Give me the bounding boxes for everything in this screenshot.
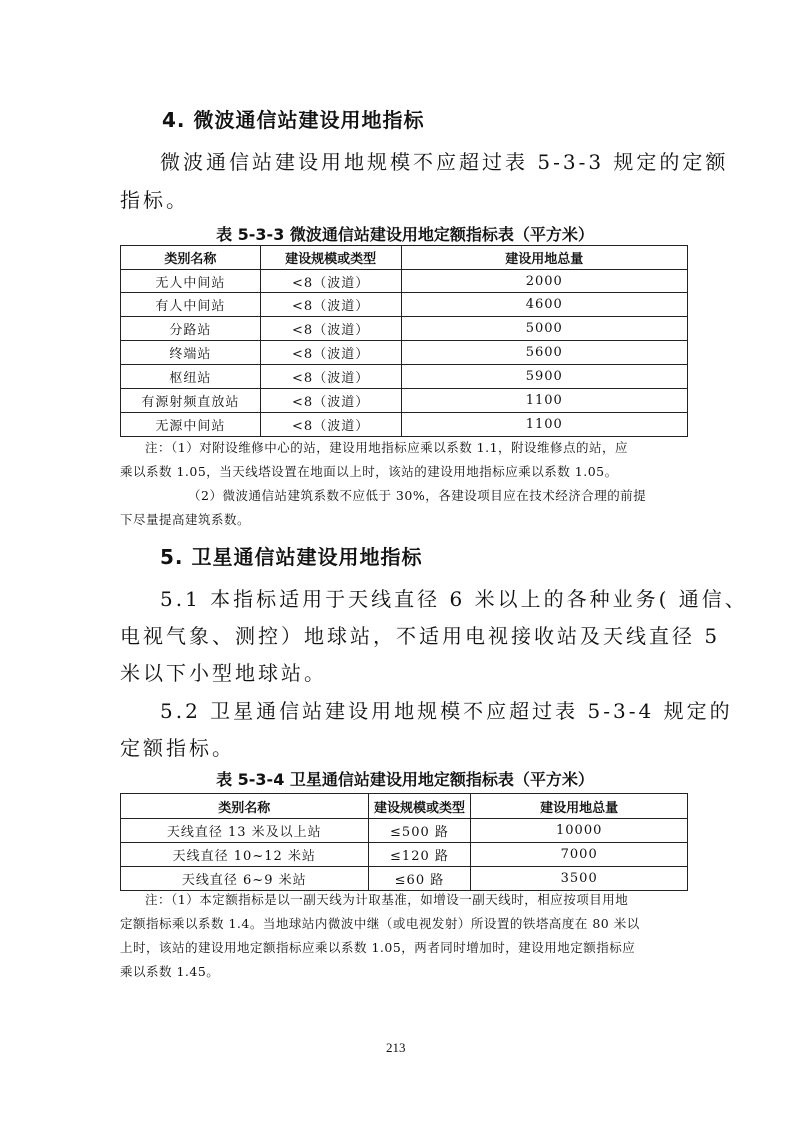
section-5-1-line2: 电视气象、测控）地球站，不适用电视接收站及天线直径 5 [120, 616, 720, 656]
cell-area: 7000 [471, 843, 688, 867]
table-2-note-line2: 定额指标乘以系数 1.4。当地球站内微波中继（或电视发射）所设置的铁塔高度在 8… [120, 912, 640, 936]
cell-category: 无人中间站 [121, 270, 261, 293]
cell-category: 有源射频直放站 [121, 389, 261, 413]
cell-scale: <8（波道） [260, 365, 401, 389]
table-row: 无源中间站<8（波道）1100 [121, 413, 688, 437]
header-category: 类别名称 [121, 246, 261, 270]
table-row: 天线直径 6~9 米站≤60 路3500 [121, 867, 688, 891]
cell-scale: ≤120 路 [368, 843, 471, 867]
cell-scale: <8（波道） [260, 341, 401, 365]
header-area: 建设用地总量 [401, 246, 688, 270]
cell-area: 4600 [401, 293, 688, 317]
cell-area: 1100 [401, 413, 688, 437]
cell-area: 3500 [471, 867, 688, 891]
header-area: 建设用地总量 [471, 794, 688, 819]
cell-category: 天线直径 13 米及以上站 [121, 819, 369, 843]
section-5-2-line1: 5.2 卫星通信站建设用地规模不应超过表 5-3-4 规定的 [160, 691, 733, 731]
table-row: 终端站<8（波道）5600 [121, 341, 688, 365]
header-scale: 建设规模或类型 [368, 794, 471, 819]
table-row: 有源射频直放站<8（波道）1100 [121, 389, 688, 413]
table-1-note-2a: （2）微波通信站建筑系数不应低于 30%，各建设项目应在技术经济合理的前提 [188, 484, 646, 508]
table-5-3-4: 类别名称 建设规模或类型 建设用地总量 天线直径 13 米及以上站≤500 路1… [120, 793, 688, 891]
cell-scale: ≤500 路 [368, 819, 471, 843]
cell-category: 终端站 [121, 341, 261, 365]
cell-scale: <8（波道） [260, 413, 401, 437]
cell-category: 有人中间站 [121, 293, 261, 317]
cell-category: 枢纽站 [121, 365, 261, 389]
table-row: 枢纽站<8（波道）5900 [121, 365, 688, 389]
table-5-3-3: 类别名称 建设规模或类型 建设用地总量 无人中间站<8（波道）2000 有人中间… [120, 245, 688, 437]
table-1-caption: 表 5-3-3 微波通信站建设用地定额指标表（平方米） [120, 222, 690, 245]
section-5-1-line3: 米以下小型地球站。 [120, 653, 327, 693]
table-1-note-2b: 下尽量提高建筑系数。 [120, 508, 250, 532]
cell-scale: <8（波道） [260, 317, 401, 341]
table-2-caption: 表 5-3-4 卫星通信站建设用地定额指标表（平方米） [120, 767, 690, 790]
page-number: 213 [386, 1040, 406, 1056]
table-row: 无人中间站<8（波道）2000 [121, 270, 688, 293]
cell-category: 天线直径 10~12 米站 [121, 843, 369, 867]
cell-area: 10000 [471, 819, 688, 843]
cell-category: 无源中间站 [121, 413, 261, 437]
cell-category: 天线直径 6~9 米站 [121, 867, 369, 891]
cell-category: 分路站 [121, 317, 261, 341]
table-2-note-line3: 上时，该站的建设用地定额指标应乘以系数 1.05，两者同时增加时，建设用地定额指… [120, 936, 635, 960]
table-header-row: 类别名称 建设规模或类型 建设用地总量 [121, 246, 688, 270]
table-row: 天线直径 13 米及以上站≤500 路10000 [121, 819, 688, 843]
table-2-note-line4: 乘以系数 1.45。 [120, 960, 219, 984]
table-row: 分路站<8（波道）5000 [121, 317, 688, 341]
section-5-2-line2: 定额指标。 [120, 728, 235, 768]
cell-area: 1100 [401, 389, 688, 413]
cell-scale: <8（波道） [260, 389, 401, 413]
section-5-1-line1: 5.1 本指标适用于天线直径 6 米以上的各种业务( 通信、 [160, 579, 748, 619]
cell-area: 5600 [401, 341, 688, 365]
cell-scale: ≤60 路 [368, 867, 471, 891]
header-category: 类别名称 [121, 794, 369, 819]
table-1-note-1b: 乘以系数 1.05，当天线塔设置在地面以上时，该站的建设用地指标应乘以系数 1.… [120, 460, 618, 484]
section-4-paragraph-line1: 微波通信站建设用地规模不应超过表 5-3-3 规定的定额 [160, 142, 728, 182]
table-row: 天线直径 10~12 米站≤120 路7000 [121, 843, 688, 867]
table-1-note-1a: 注：（1）对附设维修中心的站，建设用地指标应乘以系数 1.1，附设维修点的站，应 [145, 436, 628, 460]
section-4-heading: 4. 微波通信站建设用地指标 [162, 104, 424, 133]
cell-area: 5000 [401, 317, 688, 341]
cell-scale: <8（波道） [260, 270, 401, 293]
header-scale: 建设规模或类型 [260, 246, 401, 270]
table-2-note-line1: 注：（1）本定额指标是以一副天线为计取基准，如增设一副天线时，相应按项目用地 [145, 888, 628, 912]
table-row: 有人中间站<8（波道）4600 [121, 293, 688, 317]
table-header-row: 类别名称 建设规模或类型 建设用地总量 [121, 794, 688, 819]
section-5-heading: 5. 卫星通信站建设用地指标 [160, 541, 422, 570]
section-4-paragraph-line2: 指标。 [120, 180, 189, 220]
cell-area: 2000 [401, 270, 688, 293]
cell-scale: <8（波道） [260, 293, 401, 317]
cell-area: 5900 [401, 365, 688, 389]
